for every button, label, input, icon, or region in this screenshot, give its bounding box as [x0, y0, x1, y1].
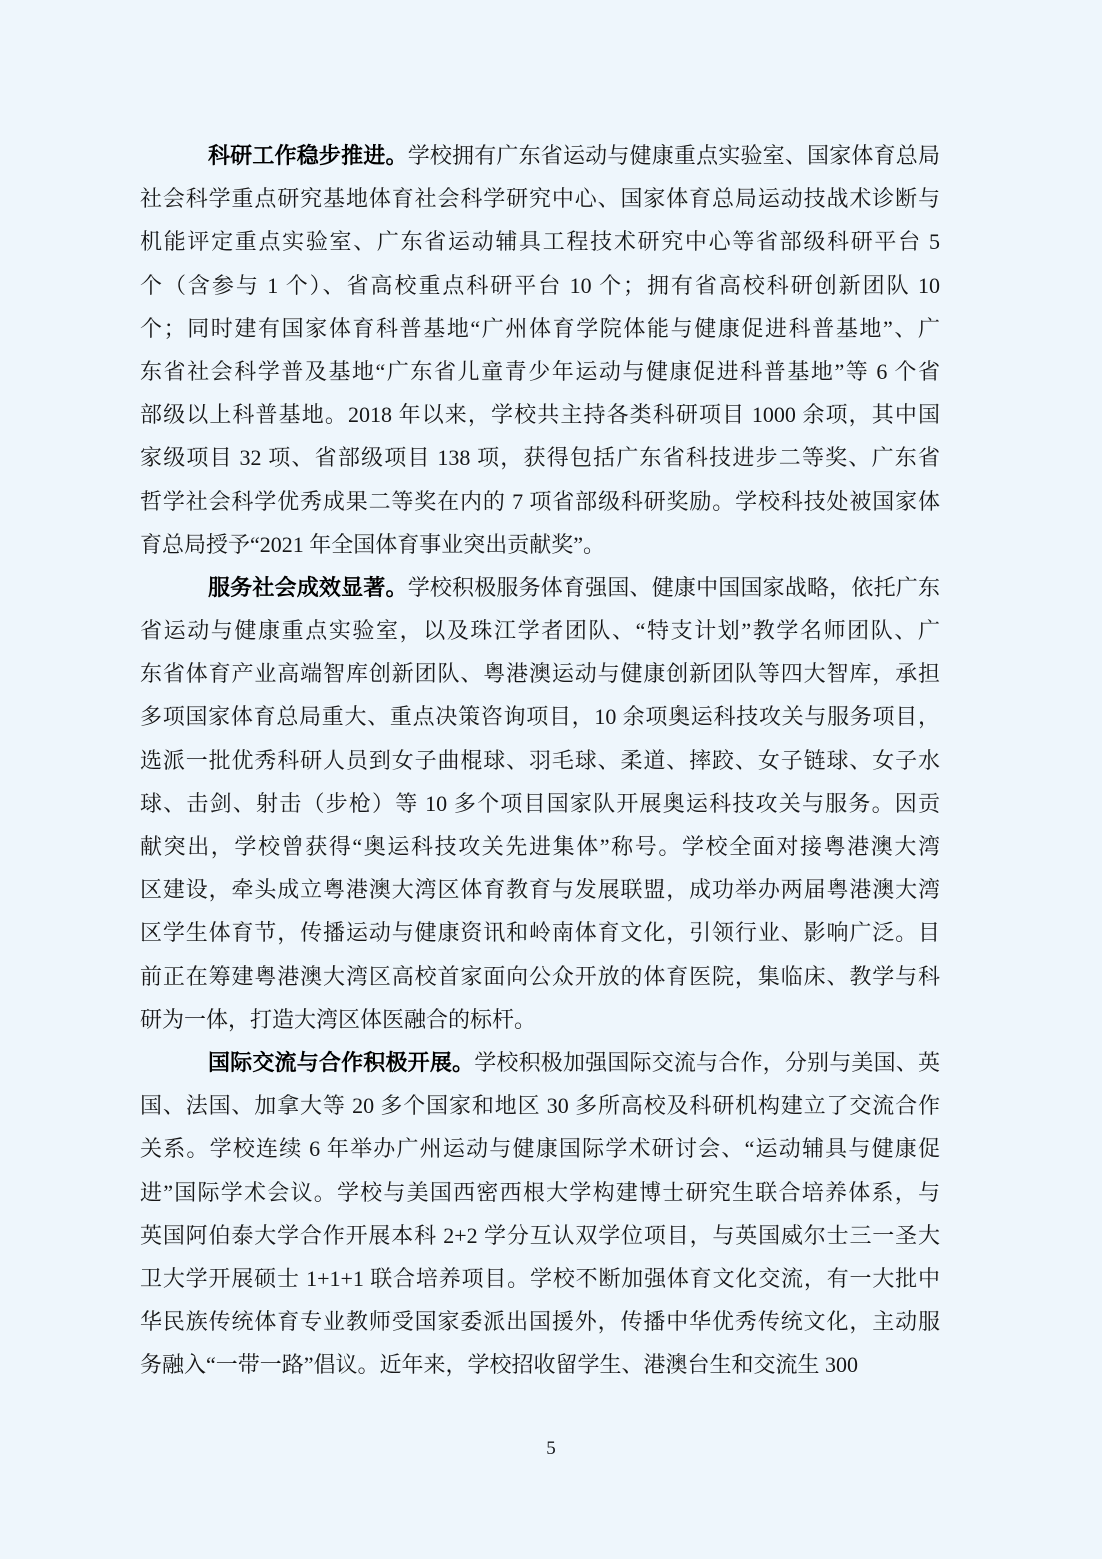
paragraph-heading: 服务社会成效显著。: [208, 575, 408, 600]
text-line: 个；同时建有国家体育科普基地“广州体育学院体能与健康促进科普基地”、广: [140, 307, 940, 350]
paragraph-text: 学校积极服务体育强国、健康中国国家战略，依托广东: [408, 575, 940, 600]
text-line: 服务社会成效显著。学校积极服务体育强国、健康中国国家战略，依托广东: [140, 566, 940, 609]
text-line: 进”国际学术会议。学校与美国西密西根大学构建博士研究生联合培养体系，与: [140, 1171, 940, 1214]
text-line: 国、法国、加拿大等 20 多个国家和地区 30 多所高校及科研机构建立了交流合作: [140, 1084, 940, 1127]
text-line: 机能评定重点实验室、广东省运动辅具工程技术研究中心等省部级科研平台 5: [140, 220, 940, 263]
paragraph-text: 学校拥有广东省运动与健康重点实验室、国家体育总局: [408, 143, 940, 168]
text-line: 卫大学开展硕士 1+1+1 联合培养项目。学校不断加强体育文化交流，有一大批中: [140, 1257, 940, 1300]
paragraph: 服务社会成效显著。学校积极服务体育强国、健康中国国家战略，依托广东省运动与健康重…: [140, 566, 940, 1041]
text-line: 选派一批优秀科研人员到女子曲棍球、羽毛球、柔道、摔跤、女子链球、女子水: [140, 739, 940, 782]
text-line: 东省体育产业高端智库创新团队、粤港澳运动与健康创新团队等四大智库，承担: [140, 652, 940, 695]
page-number: 5: [0, 1438, 1102, 1460]
document-page: 科研工作稳步推进。学校拥有广东省运动与健康重点实验室、国家体育总局社会科学重点研…: [0, 0, 1102, 1559]
text-line: 前正在筹建粤港澳大湾区高校首家面向公众开放的体育医院，集临床、教学与科: [140, 955, 940, 998]
text-line: 家级项目 32 项、省部级项目 138 项，获得包括广东省科技进步二等奖、广东省: [140, 436, 940, 479]
text-line: 哲学社会科学优秀成果二等奖在内的 7 项省部级科研奖励。学校科技处被国家体: [140, 480, 940, 523]
paragraph-heading: 科研工作稳步推进。: [208, 143, 408, 168]
document-body: 科研工作稳步推进。学校拥有广东省运动与健康重点实验室、国家体育总局社会科学重点研…: [140, 134, 940, 1386]
text-line: 个（含参与 1 个）、省高校重点科研平台 10 个；拥有省高校科研创新团队 10: [140, 264, 940, 307]
text-line: 社会科学重点研究基地体育社会科学研究中心、国家体育总局运动技战术诊断与: [140, 177, 940, 220]
text-line: 区建设，牵头成立粤港澳大湾区体育教育与发展联盟，成功举办两届粤港澳大湾: [140, 868, 940, 911]
paragraph-text: 学校积极加强国际交流与合作，分别与美国、英: [474, 1050, 940, 1075]
text-line: 科研工作稳步推进。学校拥有广东省运动与健康重点实验室、国家体育总局: [140, 134, 940, 177]
text-line: 省运动与健康重点实验室，以及珠江学者团队、“特支计划”教学名师团队、广: [140, 609, 940, 652]
text-line: 球、击剑、射击（步枪）等 10 多个项目国家队开展奥运科技攻关与服务。因贡: [140, 782, 940, 825]
text-line: 华民族传统体育专业教师受国家委派出国援外，传播中华优秀传统文化，主动服: [140, 1300, 940, 1343]
paragraph-heading: 国际交流与合作积极开展。: [208, 1050, 474, 1075]
text-line: 国际交流与合作积极开展。学校积极加强国际交流与合作，分别与美国、英: [140, 1041, 940, 1084]
text-line: 研为一体，打造大湾区体医融合的标杆。: [140, 998, 940, 1041]
paragraph: 科研工作稳步推进。学校拥有广东省运动与健康重点实验室、国家体育总局社会科学重点研…: [140, 134, 940, 566]
text-line: 部级以上科普基地。2018 年以来，学校共主持各类科研项目 1000 余项，其中…: [140, 393, 940, 436]
text-line: 关系。学校连续 6 年举办广州运动与健康国际学术研讨会、“运动辅具与健康促: [140, 1127, 940, 1170]
text-line: 东省社会科学普及基地“广东省儿童青少年运动与健康促进科普基地”等 6 个省: [140, 350, 940, 393]
text-line: 献突出，学校曾获得“奥运科技攻关先进集体”称号。学校全面对接粤港澳大湾: [140, 825, 940, 868]
text-line: 英国阿伯泰大学合作开展本科 2+2 学分互认双学位项目，与英国威尔士三一圣大: [140, 1214, 940, 1257]
text-line: 务融入“一带一路”倡议。近年来，学校招收留学生、港澳台生和交流生 300: [140, 1343, 940, 1386]
text-line: 区学生体育节，传播运动与健康资讯和岭南体育文化，引领行业、影响广泛。目: [140, 911, 940, 954]
text-line: 多项国家体育总局重大、重点决策咨询项目，10 余项奥运科技攻关与服务项目，: [140, 695, 940, 738]
text-line: 育总局授予“2021 年全国体育事业突出贡献奖”。: [140, 523, 940, 566]
paragraph: 国际交流与合作积极开展。学校积极加强国际交流与合作，分别与美国、英国、法国、加拿…: [140, 1041, 940, 1387]
